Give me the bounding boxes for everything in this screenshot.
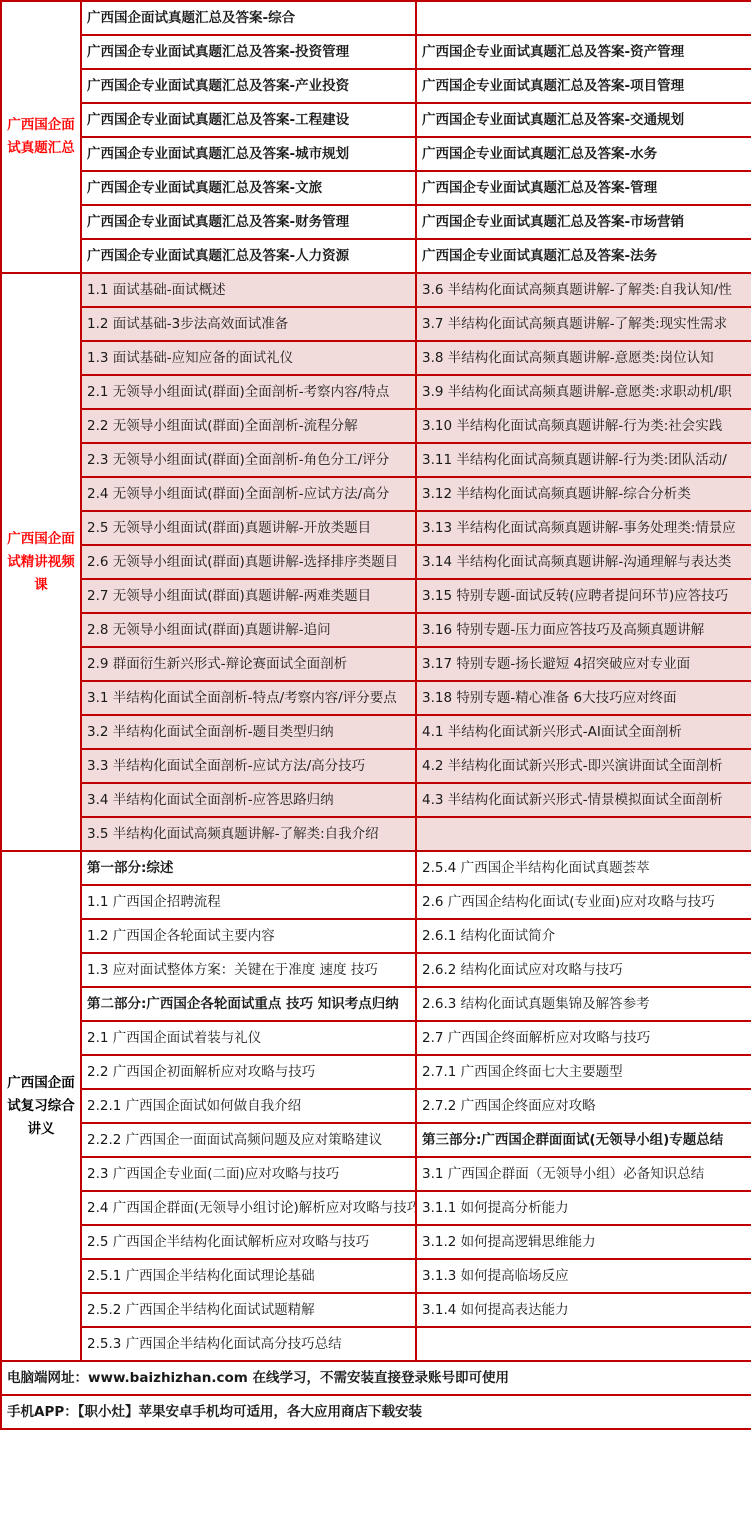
video-lesson[interactable]: 2.4 无领导小组面试(群面)全面剖析-应试方法/高分 — [81, 477, 416, 511]
list-item[interactable]: 广西国企专业面试真题汇总及答案-交通规划 — [416, 103, 751, 137]
table-row: 2.4 无领导小组面试(群面)全面剖析-应试方法/高分 3.12 半结构化面试高… — [1, 477, 751, 511]
table-row: 广西国企专业面试真题汇总及答案-城市规划 广西国企专业面试真题汇总及答案-水务 — [1, 137, 751, 171]
video-lesson — [416, 817, 751, 851]
list-item[interactable]: 2.6.2 结构化面试应对攻略与技巧 — [416, 953, 751, 987]
table-row: 广西国企专业面试真题汇总及答案-人力资源 广西国企专业面试真题汇总及答案-法务 — [1, 239, 751, 273]
table-row: 2.5.1 广西国企半结构化面试理论基础 3.1.3 如何提高临场反应 — [1, 1259, 751, 1293]
table-row: 广西国企专业面试真题汇总及答案-财务管理 广西国企专业面试真题汇总及答案-市场营… — [1, 205, 751, 239]
table-row: 1.3 面试基础-应知应备的面试礼仪 3.8 半结构化面试高频真题讲解-意愿类:… — [1, 341, 751, 375]
list-item[interactable]: 3.1.4 如何提高表达能力 — [416, 1293, 751, 1327]
list-item[interactable]: 2.6 广西国企结构化面试(专业面)应对攻略与技巧 — [416, 885, 751, 919]
video-lesson[interactable]: 2.8 无领导小组面试(群面)真题讲解-追问 — [81, 613, 416, 647]
video-lesson[interactable]: 3.6 半结构化面试高频真题讲解-了解类:自我认知/性 — [416, 273, 751, 307]
list-item[interactable]: 广西国企专业面试真题汇总及答案-产业投资 — [81, 69, 416, 103]
footer-row: 电脑端网址：www.baizhizhan.com 在线学习，不需安装直接登录账号… — [1, 1361, 751, 1395]
table-row: 2.5 广西国企半结构化面试解析应对攻略与技巧 3.1.2 如何提高逻辑思维能力 — [1, 1225, 751, 1259]
list-item[interactable]: 广西国企专业面试真题汇总及答案-城市规划 — [81, 137, 416, 171]
video-lesson[interactable]: 3.11 半结构化面试高频真题讲解-行为类:团队活动/ — [416, 443, 751, 477]
list-item[interactable]: 2.2 广西国企初面解析应对攻略与技巧 — [81, 1055, 416, 1089]
table-row: 2.9 群面衍生新兴形式-辩论赛面试全面剖析 3.17 特别专题-扬长避短 4招… — [1, 647, 751, 681]
catalog-body: 广西国企面试真题汇总 广西国企面试真题汇总及答案-综合 广西国企专业面试真题汇总… — [1, 1, 751, 1429]
list-item[interactable]: 3.1.1 如何提高分析能力 — [416, 1191, 751, 1225]
footer-row: 手机APP：【职小灶】苹果安卓手机均可适用，各大应用商店下载安装 — [1, 1395, 751, 1429]
chapter-heading: 第三部分:广西国企群面面试(无领导小组)专题总结 — [416, 1123, 751, 1157]
list-item[interactable]: 2.5.3 广西国企半结构化面试高分技巧总结 — [81, 1327, 416, 1361]
list-item[interactable]: 广西国企专业面试真题汇总及答案-资产管理 — [416, 35, 751, 69]
video-lesson[interactable]: 3.2 半结构化面试全面剖析-题目类型归纳 — [81, 715, 416, 749]
table-row: 2.3 广西国企专业面(二面)应对攻略与技巧 3.1 广西国企群面（无领导小组）… — [1, 1157, 751, 1191]
table-row: 2.8 无领导小组面试(群面)真题讲解-追问 3.16 特别专题-压力面应答技巧… — [1, 613, 751, 647]
table-row: 广西国企专业面试真题汇总及答案-文旅 广西国企专业面试真题汇总及答案-管理 — [1, 171, 751, 205]
list-item[interactable]: 2.5 广西国企半结构化面试解析应对攻略与技巧 — [81, 1225, 416, 1259]
table-row: 3.3 半结构化面试全面剖析-应试方法/高分技巧 4.2 半结构化面试新兴形式-… — [1, 749, 751, 783]
video-lesson[interactable]: 3.1 半结构化面试全面剖析-特点/考察内容/评分要点 — [81, 681, 416, 715]
list-item[interactable]: 3.1 广西国企群面（无领导小组）必备知识总结 — [416, 1157, 751, 1191]
video-lesson[interactable]: 4.1 半结构化面试新兴形式-AI面试全面剖析 — [416, 715, 751, 749]
course-catalog-table: 广西国企面试真题汇总 广西国企面试真题汇总及答案-综合 广西国企专业面试真题汇总… — [0, 0, 751, 1430]
video-lesson[interactable]: 3.3 半结构化面试全面剖析-应试方法/高分技巧 — [81, 749, 416, 783]
video-lesson[interactable]: 2.1 无领导小组面试(群面)全面剖析-考察内容/特点 — [81, 375, 416, 409]
video-lesson[interactable]: 3.16 特别专题-压力面应答技巧及高频真题讲解 — [416, 613, 751, 647]
table-row: 广西国企专业面试真题汇总及答案-工程建设 广西国企专业面试真题汇总及答案-交通规… — [1, 103, 751, 137]
section-label-review-handout: 广西国企面试复习综合讲义 — [1, 851, 81, 1361]
video-lesson[interactable]: 2.9 群面衍生新兴形式-辩论赛面试全面剖析 — [81, 647, 416, 681]
table-row: 1.2 广西国企各轮面试主要内容 2.6.1 结构化面试简介 — [1, 919, 751, 953]
list-item[interactable]: 广西国企专业面试真题汇总及答案-水务 — [416, 137, 751, 171]
video-lesson[interactable]: 3.8 半结构化面试高频真题讲解-意愿类:岗位认知 — [416, 341, 751, 375]
table-row: 2.5.3 广西国企半结构化面试高分技巧总结 — [1, 1327, 751, 1361]
table-row: 2.5.2 广西国企半结构化面试试题精解 3.1.4 如何提高表达能力 — [1, 1293, 751, 1327]
video-lesson[interactable]: 2.7 无领导小组面试(群面)真题讲解-两难类题目 — [81, 579, 416, 613]
video-lesson[interactable]: 3.17 特别专题-扬长避短 4招突破应对专业面 — [416, 647, 751, 681]
table-row: 2.6 无领导小组面试(群面)真题讲解-选择排序类题目 3.14 半结构化面试高… — [1, 545, 751, 579]
list-item[interactable]: 广西国企专业面试真题汇总及答案-财务管理 — [81, 205, 416, 239]
table-row: 1.2 面试基础-3步法高效面试准备 3.7 半结构化面试高频真题讲解-了解类:… — [1, 307, 751, 341]
video-lesson[interactable]: 1.3 面试基础-应知应备的面试礼仪 — [81, 341, 416, 375]
video-lesson[interactable]: 2.6 无领导小组面试(群面)真题讲解-选择排序类题目 — [81, 545, 416, 579]
video-lesson[interactable]: 3.15 特别专题-面试反转(应聘者提问环节)应答技巧 — [416, 579, 751, 613]
list-item[interactable]: 2.6.1 结构化面试简介 — [416, 919, 751, 953]
video-lesson[interactable]: 3.4 半结构化面试全面剖析-应答思路归纳 — [81, 783, 416, 817]
video-lesson[interactable]: 3.12 半结构化面试高频真题讲解-综合分析类 — [416, 477, 751, 511]
website-info[interactable]: 电脑端网址：www.baizhizhan.com 在线学习，不需安装直接登录账号… — [1, 1361, 751, 1395]
list-item[interactable]: 广西国企专业面试真题汇总及答案-市场营销 — [416, 205, 751, 239]
table-row: 广西国企面试复习综合讲义 第一部分:综述 2.5.4 广西国企半结构化面试真题荟… — [1, 851, 751, 885]
table-row: 2.3 无领导小组面试(群面)全面剖析-角色分工/评分 3.11 半结构化面试高… — [1, 443, 751, 477]
list-item[interactable]: 1.1 广西国企招聘流程 — [81, 885, 416, 919]
video-lesson[interactable]: 3.13 半结构化面试高频真题讲解-事务处理类:情景应 — [416, 511, 751, 545]
table-row: 3.2 半结构化面试全面剖析-题目类型归纳 4.1 半结构化面试新兴形式-AI面… — [1, 715, 751, 749]
video-lesson[interactable]: 3.9 半结构化面试高频真题讲解-意愿类:求职动机/职 — [416, 375, 751, 409]
list-item[interactable]: 2.2.1 广西国企面试如何做自我介绍 — [81, 1089, 416, 1123]
list-item[interactable]: 2.4 广西国企群面(无领导小组讨论)解析应对攻略与技巧 — [81, 1191, 416, 1225]
table-row: 1.3 应对面试整体方案：关键在于准度 速度 技巧 2.6.2 结构化面试应对攻… — [1, 953, 751, 987]
list-item[interactable]: 广西国企面试真题汇总及答案-综合 — [81, 1, 416, 35]
video-lesson[interactable]: 1.1 面试基础-面试概述 — [81, 273, 416, 307]
list-item[interactable]: 2.7 广西国企终面解析应对攻略与技巧 — [416, 1021, 751, 1055]
list-item[interactable]: 3.1.2 如何提高逻辑思维能力 — [416, 1225, 751, 1259]
table-row: 3.1 半结构化面试全面剖析-特点/考察内容/评分要点 3.18 特别专题-精心… — [1, 681, 751, 715]
table-row: 广西国企专业面试真题汇总及答案-投资管理 广西国企专业面试真题汇总及答案-资产管… — [1, 35, 751, 69]
table-row: 2.5 无领导小组面试(群面)真题讲解-开放类题目 3.13 半结构化面试高频真… — [1, 511, 751, 545]
list-item[interactable]: 1.3 应对面试整体方案：关键在于准度 速度 技巧 — [81, 953, 416, 987]
list-item[interactable]: 广西国企专业面试真题汇总及答案-管理 — [416, 171, 751, 205]
table-row: 2.1 广西国企面试着装与礼仪 2.7 广西国企终面解析应对攻略与技巧 — [1, 1021, 751, 1055]
table-row: 2.2.1 广西国企面试如何做自我介绍 2.7.2 广西国企终面应对攻略 — [1, 1089, 751, 1123]
table-row: 第二部分:广西国企各轮面试重点 技巧 知识考点归纳 2.6.3 结构化面试真题集… — [1, 987, 751, 1021]
list-item[interactable]: 3.1.3 如何提高临场反应 — [416, 1259, 751, 1293]
video-lesson[interactable]: 3.18 特别专题-精心准备 6大技巧应对终面 — [416, 681, 751, 715]
video-lesson[interactable]: 2.5 无领导小组面试(群面)真题讲解-开放类题目 — [81, 511, 416, 545]
list-item[interactable]: 广西国企专业面试真题汇总及答案-项目管理 — [416, 69, 751, 103]
list-item[interactable]: 1.2 广西国企各轮面试主要内容 — [81, 919, 416, 953]
list-item[interactable]: 2.7.1 广西国企终面七大主要题型 — [416, 1055, 751, 1089]
list-item[interactable]: 2.3 广西国企专业面(二面)应对攻略与技巧 — [81, 1157, 416, 1191]
table-row: 1.1 广西国企招聘流程 2.6 广西国企结构化面试(专业面)应对攻略与技巧 — [1, 885, 751, 919]
list-item[interactable]: 2.1 广西国企面试着装与礼仪 — [81, 1021, 416, 1055]
app-info: 手机APP：【职小灶】苹果安卓手机均可适用，各大应用商店下载安装 — [1, 1395, 751, 1429]
list-item — [416, 1, 751, 35]
list-item[interactable]: 广西国企专业面试真题汇总及答案-法务 — [416, 239, 751, 273]
table-row: 2.4 广西国企群面(无领导小组讨论)解析应对攻略与技巧 3.1.1 如何提高分… — [1, 1191, 751, 1225]
video-lesson[interactable]: 1.2 面试基础-3步法高效面试准备 — [81, 307, 416, 341]
table-row: 2.2.2 广西国企一面面试高频问题及应对策略建议 第三部分:广西国企群面面试(… — [1, 1123, 751, 1157]
table-row: 3.4 半结构化面试全面剖析-应答思路归纳 4.3 半结构化面试新兴形式-情景模… — [1, 783, 751, 817]
table-row: 2.7 无领导小组面试(群面)真题讲解-两难类题目 3.15 特别专题-面试反转… — [1, 579, 751, 613]
video-lesson[interactable]: 3.7 半结构化面试高频真题讲解-了解类:现实性需求 — [416, 307, 751, 341]
table-row: 广西国企面试精讲视频课 1.1 面试基础-面试概述 3.6 半结构化面试高频真题… — [1, 273, 751, 307]
list-item[interactable]: 2.2.2 广西国企一面面试高频问题及应对策略建议 — [81, 1123, 416, 1157]
video-lesson[interactable]: 3.14 半结构化面试高频真题讲解-沟通理解与表达类 — [416, 545, 751, 579]
section-label-video-course: 广西国企面试精讲视频课 — [1, 273, 81, 851]
list-item[interactable]: 广西国企专业面试真题汇总及答案-工程建设 — [81, 103, 416, 137]
list-item — [416, 1327, 751, 1361]
table-row: 2.2 无领导小组面试(群面)全面剖析-流程分解 3.10 半结构化面试高频真题… — [1, 409, 751, 443]
list-item[interactable]: 2.7.2 广西国企终面应对攻略 — [416, 1089, 751, 1123]
table-row: 广西国企面试真题汇总 广西国企面试真题汇总及答案-综合 — [1, 1, 751, 35]
video-lesson[interactable]: 3.10 半结构化面试高频真题讲解-行为类:社会实践 — [416, 409, 751, 443]
list-item[interactable]: 2.5.1 广西国企半结构化面试理论基础 — [81, 1259, 416, 1293]
video-lesson[interactable]: 2.2 无领导小组面试(群面)全面剖析-流程分解 — [81, 409, 416, 443]
table-row: 2.1 无领导小组面试(群面)全面剖析-考察内容/特点 3.9 半结构化面试高频… — [1, 375, 751, 409]
video-lesson[interactable]: 2.3 无领导小组面试(群面)全面剖析-角色分工/评分 — [81, 443, 416, 477]
video-lesson[interactable]: 4.3 半结构化面试新兴形式-情景模拟面试全面剖析 — [416, 783, 751, 817]
table-row: 2.2 广西国企初面解析应对攻略与技巧 2.7.1 广西国企终面七大主要题型 — [1, 1055, 751, 1089]
video-lesson[interactable]: 4.2 半结构化面试新兴形式-即兴演讲面试全面剖析 — [416, 749, 751, 783]
list-item[interactable]: 广西国企专业面试真题汇总及答案-人力资源 — [81, 239, 416, 273]
table-row: 3.5 半结构化面试高频真题讲解-了解类:自我介绍 — [1, 817, 751, 851]
chapter-heading: 第一部分:综述 — [81, 851, 416, 885]
list-item[interactable]: 2.6.3 结构化面试真题集锦及解答参考 — [416, 987, 751, 1021]
chapter-heading: 第二部分:广西国企各轮面试重点 技巧 知识考点归纳 — [81, 987, 416, 1021]
section-label-question-bank: 广西国企面试真题汇总 — [1, 1, 81, 273]
table-row: 广西国企专业面试真题汇总及答案-产业投资 广西国企专业面试真题汇总及答案-项目管… — [1, 69, 751, 103]
list-item[interactable]: 广西国企专业面试真题汇总及答案-投资管理 — [81, 35, 416, 69]
list-item[interactable]: 广西国企专业面试真题汇总及答案-文旅 — [81, 171, 416, 205]
list-item[interactable]: 2.5.2 广西国企半结构化面试试题精解 — [81, 1293, 416, 1327]
video-lesson[interactable]: 3.5 半结构化面试高频真题讲解-了解类:自我介绍 — [81, 817, 416, 851]
list-item[interactable]: 2.5.4 广西国企半结构化面试真题荟萃 — [416, 851, 751, 885]
